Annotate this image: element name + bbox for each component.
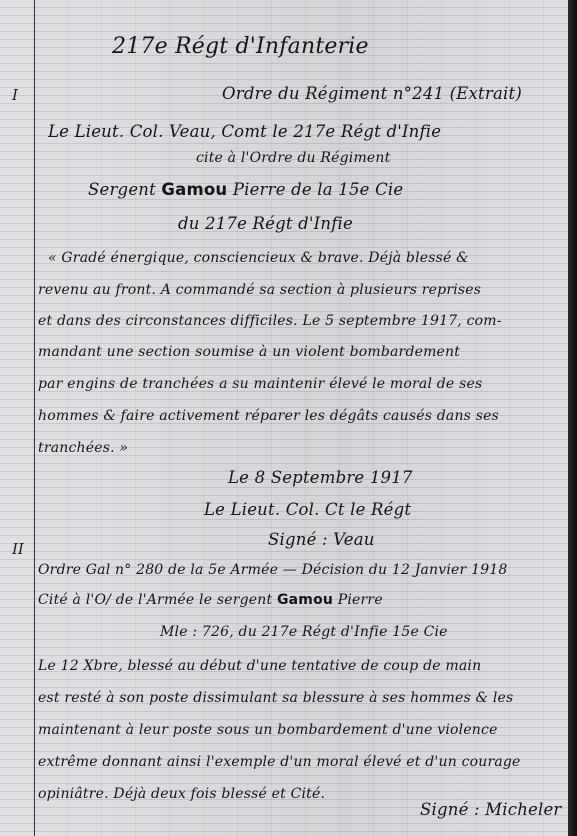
citation-1-line: hommes & faire activement réparer les dé… [38,408,499,424]
soldier-name: Gamou [161,180,227,199]
citation-2-header: Cité à l'O/ de l'Armée le sergent Gamou … [38,592,383,608]
soldier-line-1: Sergent Gamou Pierre de la 15e Cie [88,180,403,199]
order-general-line: Ordre Gal n° 280 de la 5e Armée — Décisi… [38,562,508,578]
citation-1-line: tranchées. » [38,440,128,456]
citation-2-line: Le 12 Xbre, blessé au début d'une tentat… [38,658,481,674]
soldier-unit: Pierre de la 15e Cie [233,180,404,199]
citation-2-prefix: Cité à l'O/ de l'Armée le sergent [38,592,272,608]
citation-1-line: « Gradé énergique, consciencieux & brave… [48,250,469,266]
regiment-header: 217e Régt d'Infanterie [112,34,369,59]
document-page: I II 217e Régt d'Infanterie Ordre du Rég… [0,0,577,836]
citation-2-line: est resté à son poste dissimulant sa ble… [38,690,513,706]
citation-1-line: revenu au front. A commandé sa section à… [38,282,481,298]
soldier-line-2: du 217e Régt d'Infie [178,214,353,233]
intro-line-1: Le Lieut. Col. Veau, Comt le 217e Régt d… [48,122,441,141]
citation-2-line: extrême donnant ainsi l'exemple d'un mor… [38,754,521,770]
citation-2-line: maintenant à leur poste sous un bombarde… [38,722,498,738]
citation-1-line: et dans des circonstances difficiles. Le… [38,313,502,329]
order-header: Ordre du Régiment n°241 (Extrait) [222,84,522,103]
date-line: Le 8 Septembre 1917 [228,468,413,487]
signer-title: Le Lieut. Col. Ct le Régt [204,500,411,519]
citation-2-line: opiniâtre. Déjà deux fois blessé et Cité… [38,786,325,802]
intro-line-2: cite à l'Ordre du Régiment [196,150,390,166]
signature-veau: Signé : Veau [268,530,375,549]
citation-1-line: par engins de tranchées a su maintenir é… [38,376,482,392]
section-marker-2: II [12,540,24,558]
page-right-edge [568,0,577,836]
section-marker-1: I [12,86,18,104]
signature-micheler: Signé : Micheler [420,800,562,819]
soldier-name: Gamou [277,592,333,608]
matricule-line: Mle : 726, du 217e Régt d'Infie 15e Cie [160,624,448,640]
soldier-first-name: Pierre [338,592,383,608]
left-margin-rule [34,0,35,836]
citation-1-line: mandant une section soumise à un violent… [38,344,460,360]
rank-label: Sergent [88,180,156,199]
